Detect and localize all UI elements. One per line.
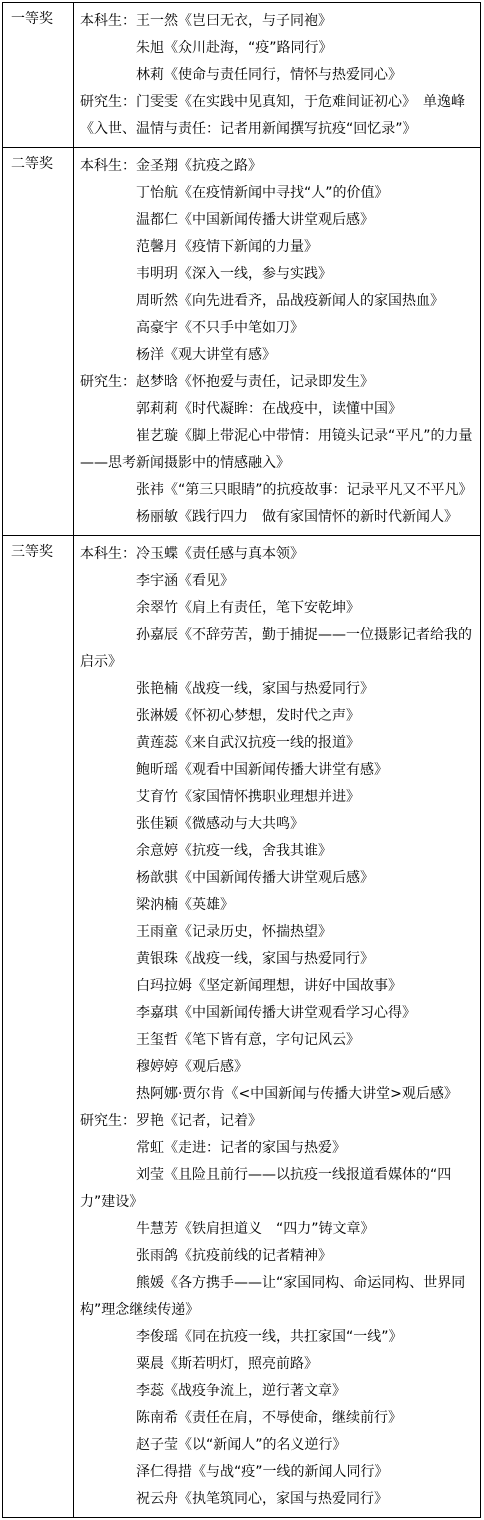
winners-cell: 本科生：冷玉蝶《责任感与真本领》李宇涵《看见》余翠竹《肩上有责任，笔下安乾坤》孙… bbox=[74, 536, 481, 1518]
entry-line: 黄莲蕊《来自武汉抗疫一线的报道》 bbox=[80, 730, 475, 757]
student-type-label: 研究生： bbox=[80, 94, 136, 110]
award-row: 一等奖本科生：王一然《岂曰无衣，与子同袍》朱旭《众川赴海，“疫”路同行》林莉《使… bbox=[3, 3, 481, 148]
award-row: 二等奖本科生：金圣翔《抗疫之路》丁怡航《在疫情新闻中寻找“人”的价值》温都仁《中… bbox=[3, 148, 481, 536]
entry-text: 金圣翔《抗疫之路》 bbox=[136, 158, 262, 174]
entry-line: 李俊瑶《同在抗疫一线，共扛家国“一线”》 bbox=[80, 1324, 475, 1351]
entry-line: 赵子莹《以“新闻人”的名义逆行》 bbox=[80, 1432, 475, 1459]
entry-line: 杨歆骐《中国新闻传播大讲堂观后感》 bbox=[80, 865, 475, 892]
entry-line: 王雨童《记录历史，怀揣热望》 bbox=[80, 919, 475, 946]
entry-line: 余翠竹《肩上有责任，笔下安乾坤》 bbox=[80, 595, 475, 622]
student-type-label: 研究生： bbox=[80, 1113, 136, 1129]
entry-line: 杨洋《观大讲堂有感》 bbox=[80, 342, 475, 369]
entry-line: 本科生：金圣翔《抗疫之路》 bbox=[80, 153, 475, 180]
student-type-label: 研究生： bbox=[80, 374, 136, 390]
entry-line: 白玛拉姆《坚定新闻理想，讲好中国故事》 bbox=[80, 973, 475, 1000]
student-type-label: 本科生： bbox=[80, 546, 136, 562]
entry-text: 门雯雯《在实践中见真知，于危难间证初心》 单逸峰《入世、温情与责任：记者用新闻撰… bbox=[80, 94, 465, 137]
entry-line: 梁汭楠《英雄》 bbox=[80, 892, 475, 919]
entry-line: 刘莹《且险且前行——以抗疫一线报道看媒体的“四力”建设》 bbox=[80, 1162, 475, 1216]
entry-line: 黄银珠《战疫一线，家国与热爱同行》 bbox=[80, 946, 475, 973]
entry-line: 张雨鸽《抗疫前线的记者精神》 bbox=[80, 1243, 475, 1270]
entry-line: 研究生：罗艳《记者，记着》 bbox=[80, 1108, 475, 1135]
award-tier-cell: 一等奖 bbox=[3, 3, 74, 148]
winners-cell: 本科生：金圣翔《抗疫之路》丁怡航《在疫情新闻中寻找“人”的价值》温都仁《中国新闻… bbox=[74, 148, 481, 536]
entry-line: 常虹《走进：记者的家国与热爱》 bbox=[80, 1135, 475, 1162]
entry-line: 祝云舟《执笔筑同心，家国与热爱同行》 bbox=[80, 1486, 475, 1513]
award-row: 三等奖本科生：冷玉蝶《责任感与真本领》李宇涵《看见》余翠竹《肩上有责任，笔下安乾… bbox=[3, 536, 481, 1518]
entry-line: 王玺哲《笔下皆有意，字句记风云》 bbox=[80, 1027, 475, 1054]
entry-line: 穆婷婷《观后感》 bbox=[80, 1054, 475, 1081]
award-tier-cell: 三等奖 bbox=[3, 536, 74, 1518]
entry-line: 李宇涵《看见》 bbox=[80, 568, 475, 595]
entry-line: 韦明玥《深入一线，参与实践》 bbox=[80, 261, 475, 288]
entry-line: 郭莉莉《时代凝眸：在战疫中，读懂中国》 bbox=[80, 396, 475, 423]
award-tier-cell: 二等奖 bbox=[3, 148, 74, 536]
entry-line: 张淋媛《怀初心梦想，发时代之声》 bbox=[80, 703, 475, 730]
entry-line: 杨丽敏《践行四力 做有家国情怀的新时代新闻人》 bbox=[80, 504, 475, 531]
entry-line: 崔艺璇《脚上带泥心中带情：用镜头记录“平凡”的力量——思考新闻摄影中的情感融入》 bbox=[80, 423, 475, 477]
entry-line: 艾育竹《家国情怀携职业理想并进》 bbox=[80, 784, 475, 811]
entry-line: 余意婷《抗疫一线，舍我其谁》 bbox=[80, 838, 475, 865]
entry-line: 孙嘉辰《不辞劳苦，勤于捕捉——一位摄影记者给我的启示》 bbox=[80, 622, 475, 676]
entry-line: 陈南希《责任在肩，不辱使命，继续前行》 bbox=[80, 1405, 475, 1432]
entry-line: 牛慧芳《铁肩担道义 “四力”铸文章》 bbox=[80, 1216, 475, 1243]
entry-line: 研究生：门雯雯《在实践中见真知，于危难间证初心》 单逸峰《入世、温情与责任：记者… bbox=[80, 89, 475, 143]
entry-line: 丁怡航《在疫情新闻中寻找“人”的价值》 bbox=[80, 180, 475, 207]
entry-line: 热阿娜·贾尔肯《<中国新闻与传播大讲堂>观后感》 bbox=[80, 1081, 475, 1108]
entry-line: 熊媛《各方携手——让“家国同构、命运同构、世界同构”理念继续传递》 bbox=[80, 1270, 475, 1324]
awards-table-body: 一等奖本科生：王一然《岂曰无衣，与子同袍》朱旭《众川赴海，“疫”路同行》林莉《使… bbox=[3, 3, 481, 1518]
awards-table: 一等奖本科生：王一然《岂曰无衣，与子同袍》朱旭《众川赴海，“疫”路同行》林莉《使… bbox=[2, 2, 481, 1518]
entry-line: 朱旭《众川赴海，“疫”路同行》 bbox=[80, 35, 475, 62]
entry-line: 张祎《“第三只眼睛”的抗疫故事：记录平凡又不平凡》 bbox=[80, 477, 475, 504]
entry-line: 本科生：冷玉蝶《责任感与真本领》 bbox=[80, 541, 475, 568]
entry-line: 研究生：赵梦晗《怀抱爱与责任，记录即发生》 bbox=[80, 369, 475, 396]
entry-text: 赵梦晗《怀抱爱与责任，记录即发生》 bbox=[136, 374, 374, 390]
student-type-label: 本科生： bbox=[80, 13, 136, 29]
entry-line: 周昕然《向先进看齐，品战疫新闻人的家国热血》 bbox=[80, 288, 475, 315]
entry-text: 王一然《岂曰无衣，与子同袍》 bbox=[136, 13, 332, 29]
entry-line: 张佳颖《微感动与大共鸣》 bbox=[80, 811, 475, 838]
entry-line: 本科生：王一然《岂曰无衣，与子同袍》 bbox=[80, 8, 475, 35]
entry-line: 李嘉琪《中国新闻传播大讲堂观看学习心得》 bbox=[80, 1000, 475, 1027]
entry-line: 泽仁得措《与战“疫”一线的新闻人同行》 bbox=[80, 1459, 475, 1486]
student-type-label: 本科生： bbox=[80, 158, 136, 174]
entry-line: 范馨月《疫情下新闻的力量》 bbox=[80, 234, 475, 261]
entry-line: 林莉《使命与责任同行，情怀与热爱同心》 bbox=[80, 62, 475, 89]
entry-text: 冷玉蝶《责任感与真本领》 bbox=[136, 546, 304, 562]
entry-line: 李蕊《战疫争流上，逆行著文章》 bbox=[80, 1378, 475, 1405]
entry-line: 温都仁《中国新闻传播大讲堂观后感》 bbox=[80, 207, 475, 234]
entry-text: 罗艳《记者，记着》 bbox=[136, 1113, 262, 1129]
winners-cell: 本科生：王一然《岂曰无衣，与子同袍》朱旭《众川赴海，“疫”路同行》林莉《使命与责… bbox=[74, 3, 481, 148]
entry-line: 高豪宇《不只手中笔如刀》 bbox=[80, 315, 475, 342]
entry-line: 鲍昕瑶《观看中国新闻传播大讲堂有感》 bbox=[80, 757, 475, 784]
entry-line: 粟晨《斯若明灯，照亮前路》 bbox=[80, 1351, 475, 1378]
entry-line: 张艳楠《战疫一线，家国与热爱同行》 bbox=[80, 676, 475, 703]
